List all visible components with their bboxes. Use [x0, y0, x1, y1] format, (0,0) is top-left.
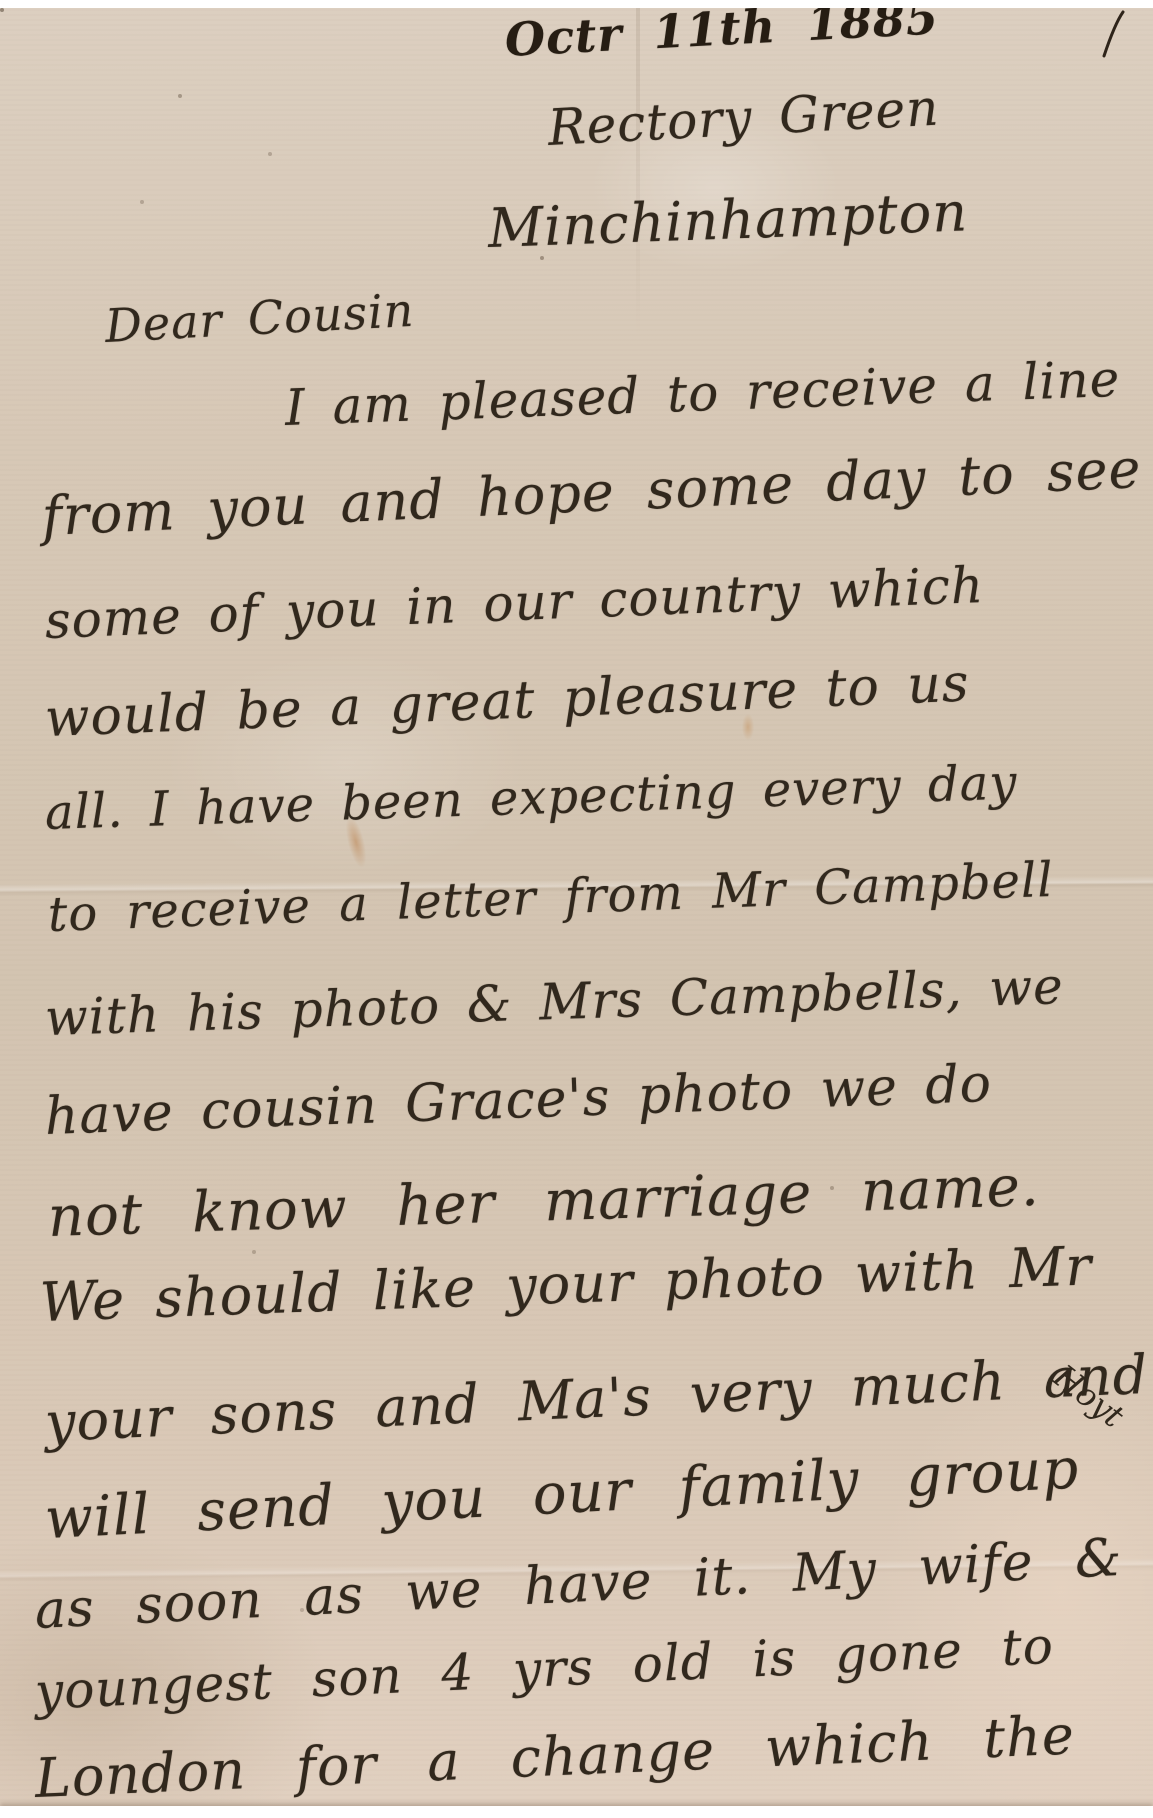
body-line: your sons and Ma's very much and: [44, 1344, 1150, 1454]
letter-scan: Octr 11th 1885 Rectory Green Minchinhamp…: [0, 0, 1153, 1818]
body-line: We should like your photo with Mr: [39, 1235, 1093, 1334]
address-line-minchinhampton: Minchinhampton: [487, 181, 969, 260]
date-line: Octr 11th 1885: [504, 0, 941, 67]
body-line: have cousin Grace's photo we do: [44, 1055, 993, 1148]
body-line: I am pleased to receive a line: [284, 351, 1121, 438]
address-line-rectory-green: Rectory Green: [546, 80, 940, 158]
scan-edge-bottom: [0, 1806, 1153, 1818]
letter-page: Octr 11th 1885 Rectory Green Minchinhamp…: [0, 8, 1153, 1806]
body-line: from you and hope some day to see: [41, 438, 1143, 548]
body-line: not know her marriage name.: [47, 1155, 1040, 1251]
ink-mark: [1096, 10, 1132, 63]
body-line: all. I have been expecting every day: [44, 755, 1018, 841]
paper-specks: [0, 8, 4, 12]
body-line: would be a great pleasure to us: [44, 655, 971, 750]
body-line: will send you our family group: [43, 1437, 1080, 1552]
body-line: London for a change which the: [34, 1704, 1076, 1810]
scan-edge-top: [0, 0, 1153, 8]
salutation: Dear Cousin: [104, 284, 416, 353]
body-line: to receive a letter from Mr Campbell: [47, 853, 1055, 943]
body-line: with his photo & Mrs Campbells, we: [44, 958, 1064, 1047]
body-line: some of you in our country which: [44, 557, 985, 651]
